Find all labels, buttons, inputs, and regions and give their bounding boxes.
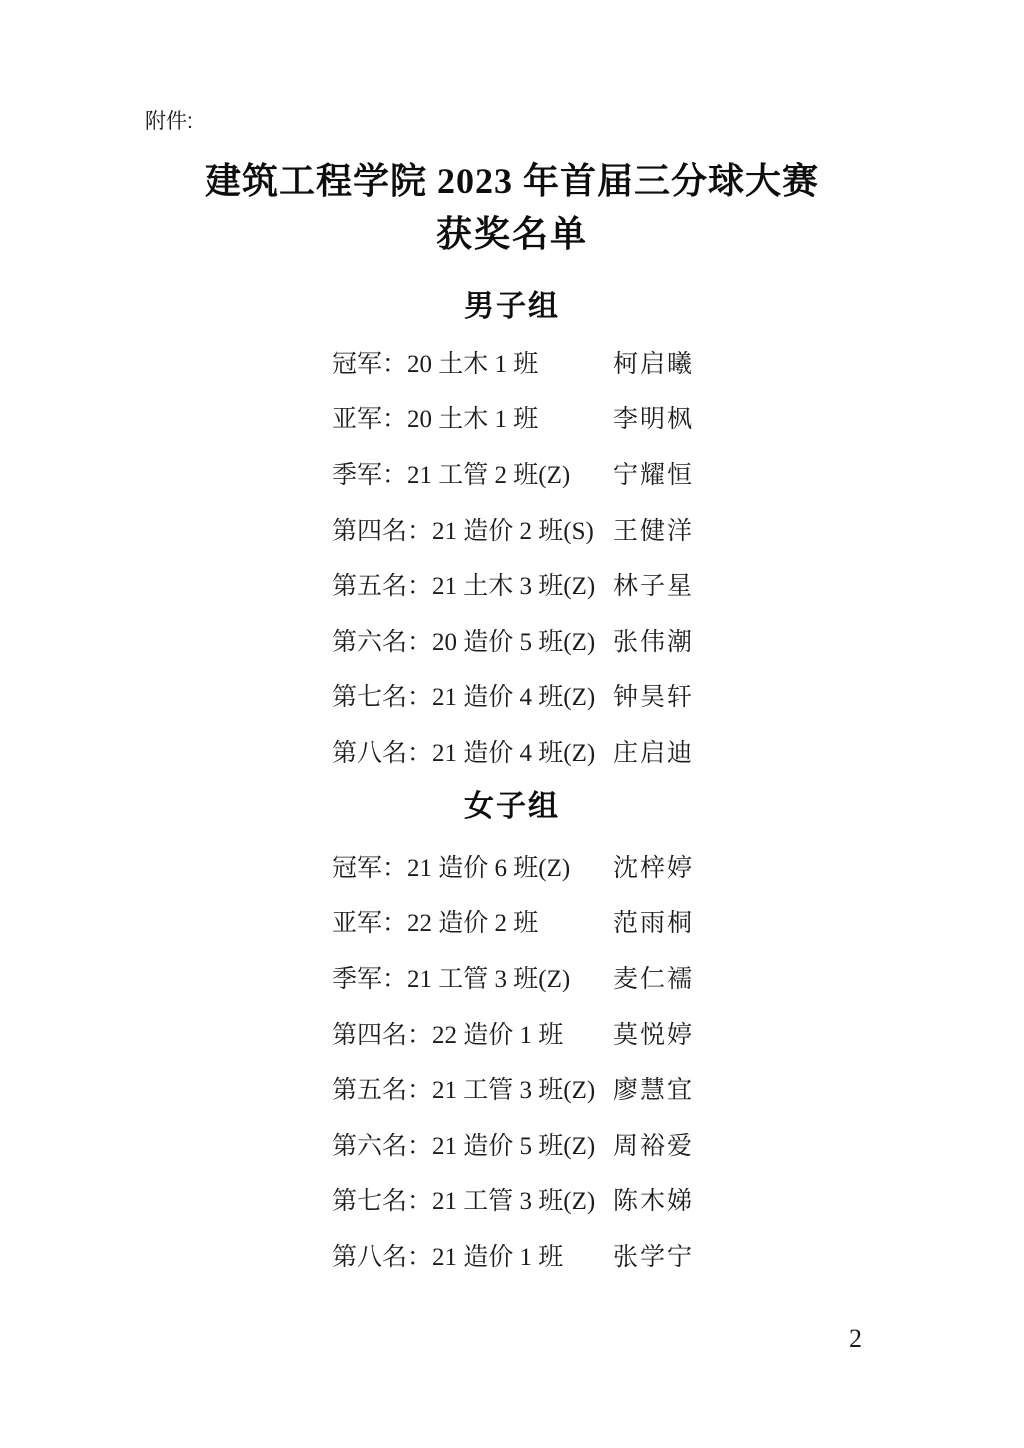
winner-name: 廖慧宜: [613, 1070, 694, 1106]
winner-name: 庄启迪: [613, 733, 694, 769]
class-label: 20 土木 1 班: [407, 351, 538, 378]
winner-name: 张伟潮: [613, 622, 694, 658]
rank-label: 季军：: [332, 966, 407, 993]
class-label: 21 造价 5 班(Z): [432, 1133, 595, 1160]
winner-name: 麦仁襦: [613, 959, 694, 995]
class-label: 21 造价 6 班(Z): [407, 855, 570, 882]
winner-name: 周裕爱: [613, 1126, 694, 1162]
award-row: 第六名：20 造价 5 班(Z) 张伟潮: [332, 612, 802, 668]
award-row: 季军：21 工管 3 班(Z) 麦仁襦: [332, 949, 802, 1005]
award-row: 亚军：22 造价 2 班 范雨桐: [332, 894, 802, 950]
page-number: 2: [849, 1324, 862, 1354]
award-row: 亚军：20 土木 1 班 李明枫: [332, 390, 802, 446]
award-row: 冠军：20 土木 1 班 柯启曦: [332, 334, 802, 390]
class-label: 21 造价 1 班: [432, 1244, 563, 1271]
class-label: 21 工管 3 班(Z): [407, 966, 570, 993]
rank-label: 第八名：: [332, 740, 432, 767]
rank-label: 第五名：: [332, 573, 432, 600]
group-heading-men: 男子组: [0, 292, 1024, 322]
winner-name: 陈木娣: [613, 1181, 694, 1217]
award-row: 第八名：21 造价 1 班 张学宁: [332, 1227, 802, 1283]
group-heading-women: 女子组: [0, 792, 1024, 822]
women-award-list: 冠军：21 造价 6 班(Z) 沈梓婷 亚军：22 造价 2 班 范雨桐 季军：…: [332, 838, 802, 1283]
award-row: 季军：21 工管 2 班(Z) 宁耀恒: [332, 445, 802, 501]
award-row: 第五名：21 工管 3 班(Z) 廖慧宜: [332, 1060, 802, 1116]
winner-name: 林子星: [613, 566, 694, 602]
award-row: 第四名：21 造价 2 班(S) 王健洋: [332, 501, 802, 557]
class-label: 21 工管 2 班(Z): [407, 462, 570, 489]
award-row: 第四名：22 造价 1 班 莫悦婷: [332, 1005, 802, 1061]
award-row: 第六名：21 造价 5 班(Z) 周裕爱: [332, 1116, 802, 1172]
rank-label: 第六名：: [332, 1133, 432, 1160]
class-label: 21 工管 3 班(Z): [432, 1077, 595, 1104]
award-row: 第七名：21 造价 4 班(Z) 钟昊轩: [332, 668, 802, 724]
winner-name: 王健洋: [613, 511, 694, 547]
rank-label: 第七名：: [332, 684, 432, 711]
class-label: 21 造价 4 班(Z): [432, 740, 595, 767]
document-title-line1: 建筑工程学院 2023 年首届三分球大赛: [0, 163, 1024, 199]
winner-name: 柯启曦: [613, 344, 694, 380]
rank-label: 第八名：: [332, 1244, 432, 1271]
winner-name: 范雨桐: [613, 903, 694, 939]
attachment-label: 附件:: [145, 105, 193, 135]
winner-name: 宁耀恒: [613, 455, 694, 491]
rank-label: 亚军：: [332, 406, 407, 433]
rank-label: 亚军：: [332, 910, 407, 937]
award-row: 冠军：21 造价 6 班(Z) 沈梓婷: [332, 838, 802, 894]
document-title-line2: 获奖名单: [0, 216, 1024, 252]
men-award-list: 冠军：20 土木 1 班 柯启曦 亚军：20 土木 1 班 李明枫 季军：21 …: [332, 334, 802, 779]
award-row: 第八名：21 造价 4 班(Z) 庄启迪: [332, 723, 802, 779]
rank-label: 冠军：: [332, 351, 407, 378]
document-title: 建筑工程学院 2023 年首届三分球大赛 获奖名单: [0, 163, 1024, 252]
award-row: 第七名：21 工管 3 班(Z) 陈木娣: [332, 1172, 802, 1228]
rank-label: 第七名：: [332, 1188, 432, 1215]
rank-label: 第四名：: [332, 518, 432, 545]
rank-label: 冠军：: [332, 855, 407, 882]
class-label: 21 土木 3 班(Z): [432, 573, 595, 600]
winner-name: 沈梓婷: [613, 848, 694, 884]
winner-name: 钟昊轩: [613, 677, 694, 713]
class-label: 21 造价 2 班(S): [432, 518, 594, 545]
class-label: 20 土木 1 班: [407, 406, 538, 433]
rank-label: 第五名：: [332, 1077, 432, 1104]
rank-label: 季军：: [332, 462, 407, 489]
class-label: 22 造价 2 班: [407, 910, 538, 937]
class-label: 22 造价 1 班: [432, 1022, 563, 1049]
winner-name: 张学宁: [613, 1237, 694, 1273]
rank-label: 第四名：: [332, 1022, 432, 1049]
award-row: 第五名：21 土木 3 班(Z) 林子星: [332, 556, 802, 612]
winner-name: 莫悦婷: [613, 1015, 694, 1051]
class-label: 20 造价 5 班(Z): [432, 629, 595, 656]
class-label: 21 造价 4 班(Z): [432, 684, 595, 711]
document-page: 附件: 建筑工程学院 2023 年首届三分球大赛 获奖名单 男子组 冠军：20 …: [0, 0, 1024, 1448]
class-label: 21 工管 3 班(Z): [432, 1188, 595, 1215]
rank-label: 第六名：: [332, 629, 432, 656]
winner-name: 李明枫: [613, 399, 694, 435]
